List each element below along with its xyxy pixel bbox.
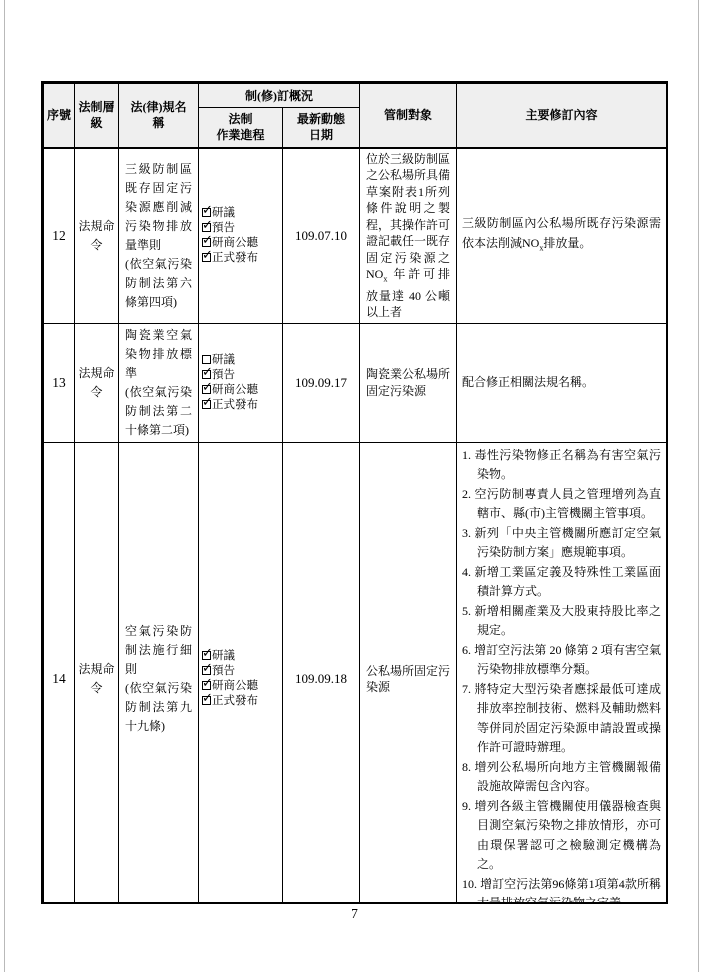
header-status-group: 制(修)訂概況	[199, 84, 360, 108]
target-cell: 陶瓷業公私場所固定污染源	[360, 323, 457, 442]
regulation-table: 序號 法制層級 法(律)規名稱 制(修)訂概況 管制對象 主要修訂內容 法制 作…	[41, 81, 668, 904]
table-body: 12法規命令三級防制區既存固定污染源應削減污染物排放量準則(依空氣污染防制法第六…	[44, 148, 667, 905]
header-process: 法制 作業進程	[199, 108, 283, 148]
law-name-note: (依空氣污染防制法第九十九條)	[125, 679, 192, 736]
checkbox-checked-icon	[202, 253, 211, 262]
content-item: 三級防制區內公私場所既存污染源需依本法削減NOx排放量。	[462, 214, 661, 257]
process-step-label: 研商公聽	[212, 680, 258, 692]
process-step-label: 研商公聽	[212, 384, 258, 396]
target-cell: 公私場所固定污染源	[360, 442, 457, 904]
process-step: 正式發布	[202, 251, 281, 266]
content-item-number: 8.	[462, 760, 474, 774]
content-item: 8. 增列公私場所向地方主管機關報備設施故障需包含內容。	[462, 758, 661, 797]
date-cell: 109.07.10	[283, 148, 360, 324]
seq-cell: 14	[44, 442, 75, 904]
process-step: 研議	[202, 649, 281, 664]
checkbox-checked-icon	[202, 400, 211, 409]
date-cell: 109.09.17	[283, 323, 360, 442]
level-cell: 法規命令	[75, 442, 119, 904]
process-step: 研議	[202, 206, 281, 221]
checkbox-unchecked-icon	[202, 355, 211, 364]
content-item: 10. 增訂空污法第96條第1項第4款所稱大量排放空氣污染物之定義。	[462, 875, 661, 904]
checkbox-checked-icon	[202, 681, 211, 690]
process-step: 研商公聽	[202, 236, 281, 251]
process-step-label: 研議	[212, 650, 235, 662]
header-seq: 序號	[44, 84, 75, 148]
law-name: 三級防制區既存固定污染源應削減污染物排放量準則	[125, 160, 192, 255]
seq-cell: 13	[44, 323, 75, 442]
content-item: 3. 新列「中央主管機關所應訂定空氣污染防制方案」應規範事項。	[462, 524, 661, 563]
level-cell: 法規命令	[75, 148, 119, 324]
table-row: 13法規命令陶瓷業空氣染物排放標準(依空氣污染防制法第二十條第二項)研議預告研商…	[44, 323, 667, 442]
process-step: 研議	[202, 353, 281, 368]
process-cell: 研議預告研商公聽正式發布	[199, 323, 283, 442]
regulation-table-grid: 序號 法制層級 法(律)規名稱 制(修)訂概況 管制對象 主要修訂內容 法制 作…	[43, 83, 667, 904]
process-step: 研商公聽	[202, 383, 281, 398]
law-name-note: (依空氣污染防制法第六條第四項)	[125, 255, 192, 312]
content-item-number: 9.	[462, 799, 474, 813]
process-step-label: 預告	[212, 222, 235, 234]
seq-cell: 12	[44, 148, 75, 324]
content-cell: 三級防制區內公私場所既存污染源需依本法削減NOx排放量。	[457, 148, 667, 324]
name-cell: 空氣污染防制法施行細則(依空氣污染防制法第九十九條)	[119, 442, 199, 904]
process-cell: 研議預告研商公聽正式發布	[199, 442, 283, 904]
content-item-number: 7.	[462, 682, 474, 696]
content-item: 7. 將特定大型污染者應採最低可達成排放率控制技術、燃料及輔助燃料等併同於固定污…	[462, 680, 661, 758]
law-name: 陶瓷業空氣染物排放標準	[125, 326, 192, 383]
content-item-number: 2.	[462, 487, 474, 501]
target-cell: 位於三級防制區之公私場所具備草案附表1所列條件說明之製程，其操作許可證記載任一既…	[360, 148, 457, 324]
content-item-number: 3.	[462, 526, 474, 540]
header-level: 法制層級	[75, 84, 119, 148]
process-step: 正式發布	[202, 398, 281, 413]
process-step-label: 研議	[212, 354, 235, 366]
process-step: 研商公聽	[202, 679, 281, 694]
content-item-number: 10.	[462, 877, 480, 891]
process-step-label: 正式發布	[212, 252, 258, 264]
content-item: 4. 新增工業區定義及特殊性工業區面積計算方式。	[462, 563, 661, 602]
scan-edge-left	[4, 0, 5, 972]
content-item: 9. 增列各級主管機關使用儀器檢查與目測空氣污染物之排放情形，亦可由環保署認可之…	[462, 797, 661, 875]
table-header: 序號 法制層級 法(律)規名稱 制(修)訂概況 管制對象 主要修訂內容 法制 作…	[44, 84, 667, 148]
header-content: 主要修訂內容	[457, 84, 667, 148]
header-name: 法(律)規名稱	[119, 84, 199, 148]
page-number: 7	[41, 906, 668, 922]
name-cell: 三級防制區既存固定污染源應削減污染物排放量準則(依空氣污染防制法第六條第四項)	[119, 148, 199, 324]
content-item: 5. 新增相關產業及大股東持股比率之規定。	[462, 602, 661, 641]
content-item: 1. 毒性污染物修正名稱為有害空氣污染物。	[462, 446, 661, 485]
process-step-label: 正式發布	[212, 399, 258, 411]
content-item: 配合修正相關法規名稱。	[462, 373, 661, 393]
header-target: 管制對象	[360, 84, 457, 148]
checkbox-checked-icon	[202, 223, 211, 232]
table-row: 12法規命令三級防制區既存固定污染源應削減污染物排放量準則(依空氣污染防制法第六…	[44, 148, 667, 324]
process-step-label: 研商公聽	[212, 237, 258, 249]
checkbox-checked-icon	[202, 238, 211, 247]
level-cell: 法規命令	[75, 323, 119, 442]
law-name: 空氣污染防制法施行細則	[125, 622, 192, 679]
checkbox-checked-icon	[202, 370, 211, 379]
content-cell: 配合修正相關法規名稱。	[457, 323, 667, 442]
document-page: 序號 法制層級 法(律)規名稱 制(修)訂概況 管制對象 主要修訂內容 法制 作…	[0, 0, 706, 972]
process-step-label: 正式發布	[212, 695, 258, 707]
checkbox-checked-icon	[202, 696, 211, 705]
checkbox-checked-icon	[202, 385, 211, 394]
header-name-label: 法(律)規名稱	[130, 99, 188, 131]
process-step: 正式發布	[202, 694, 281, 709]
content-item-number: 1.	[462, 448, 474, 462]
scan-edge-right	[698, 0, 699, 972]
content-item-number: 4.	[462, 565, 474, 579]
process-step: 預告	[202, 368, 281, 383]
content-item: 2. 空污防制專責人員之管理增列為直轄市、縣(市)主管機關主管事項。	[462, 485, 661, 524]
checkbox-checked-icon	[202, 666, 211, 675]
date-cell: 109.09.18	[283, 442, 360, 904]
header-date: 最新動態 日期	[283, 108, 360, 148]
checkbox-checked-icon	[202, 651, 211, 660]
process-cell: 研議預告研商公聽正式發布	[199, 148, 283, 324]
checkbox-checked-icon	[202, 208, 211, 217]
process-step-label: 預告	[212, 369, 235, 381]
process-step: 預告	[202, 221, 281, 236]
content-item-number: 5.	[462, 604, 474, 618]
process-step-label: 研議	[212, 207, 235, 219]
content-cell: 1. 毒性污染物修正名稱為有害空氣污染物。2. 空污防制專責人員之管理增列為直轄…	[457, 442, 667, 904]
law-name-note: (依空氣污染防制法第二十條第二項)	[125, 383, 192, 440]
process-step: 預告	[202, 664, 281, 679]
content-item-number: 6.	[462, 643, 474, 657]
content-item: 6. 增訂空污法第 20 條第 2 項有害空氣污染物排放標準分類。	[462, 641, 661, 680]
table-row: 14法規命令空氣污染防制法施行細則(依空氣污染防制法第九十九條)研議預告研商公聽…	[44, 442, 667, 904]
process-step-label: 預告	[212, 665, 235, 677]
name-cell: 陶瓷業空氣染物排放標準(依空氣污染防制法第二十條第二項)	[119, 323, 199, 442]
